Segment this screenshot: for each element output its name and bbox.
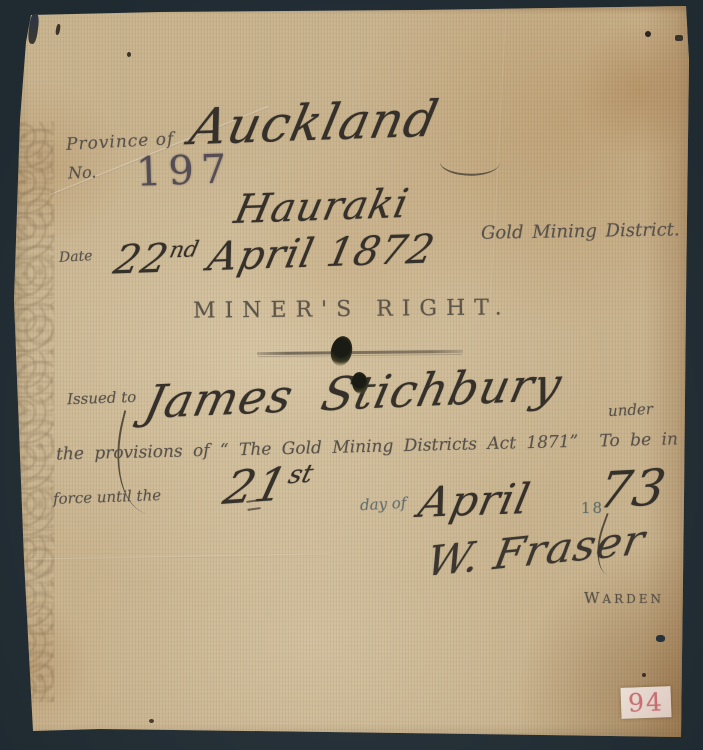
expiry-year-handwritten: 73 (595, 458, 671, 519)
ornamental-border (12, 122, 54, 702)
under-label: under (608, 400, 654, 420)
district-value-handwritten: Hauraki (230, 181, 413, 233)
document-title: MINER'S RIGHT. (193, 295, 511, 323)
date-month-year: April 1872 (204, 226, 439, 280)
photograph-background: Province of Auckland No. 197 Hauraki Gol… (0, 0, 703, 750)
catalog-number: 94 (628, 687, 665, 717)
date-day-suffix: nd (167, 237, 201, 263)
paper-speck (675, 35, 683, 41)
date-label: Date (59, 248, 93, 266)
number-stamp: 197 (135, 146, 234, 195)
handwritten-underline (246, 499, 260, 511)
day-of-label: day of (360, 494, 407, 514)
document-paper: Province of Auckland No. 197 Hauraki Gol… (0, 0, 703, 750)
paper-speck (645, 31, 651, 37)
paper-speck (642, 673, 646, 677)
force-until-label: force until the (53, 486, 162, 508)
paper-speck (656, 635, 665, 642)
to-be-in-text: To be in (599, 429, 678, 451)
warden-label: WARDEN (584, 589, 664, 607)
paper-speck (127, 52, 131, 57)
district-label: Gold Mining District. (481, 219, 680, 243)
catalog-sticker: 94 (620, 686, 671, 719)
paper-speck (149, 719, 154, 723)
number-label: No. (68, 163, 97, 183)
expiry-month-handwritten: April (414, 474, 535, 527)
issued-to-label: Issued to (67, 388, 137, 408)
expiry-day-handwritten: 21st (218, 455, 317, 515)
date-day: 22 (110, 236, 173, 284)
